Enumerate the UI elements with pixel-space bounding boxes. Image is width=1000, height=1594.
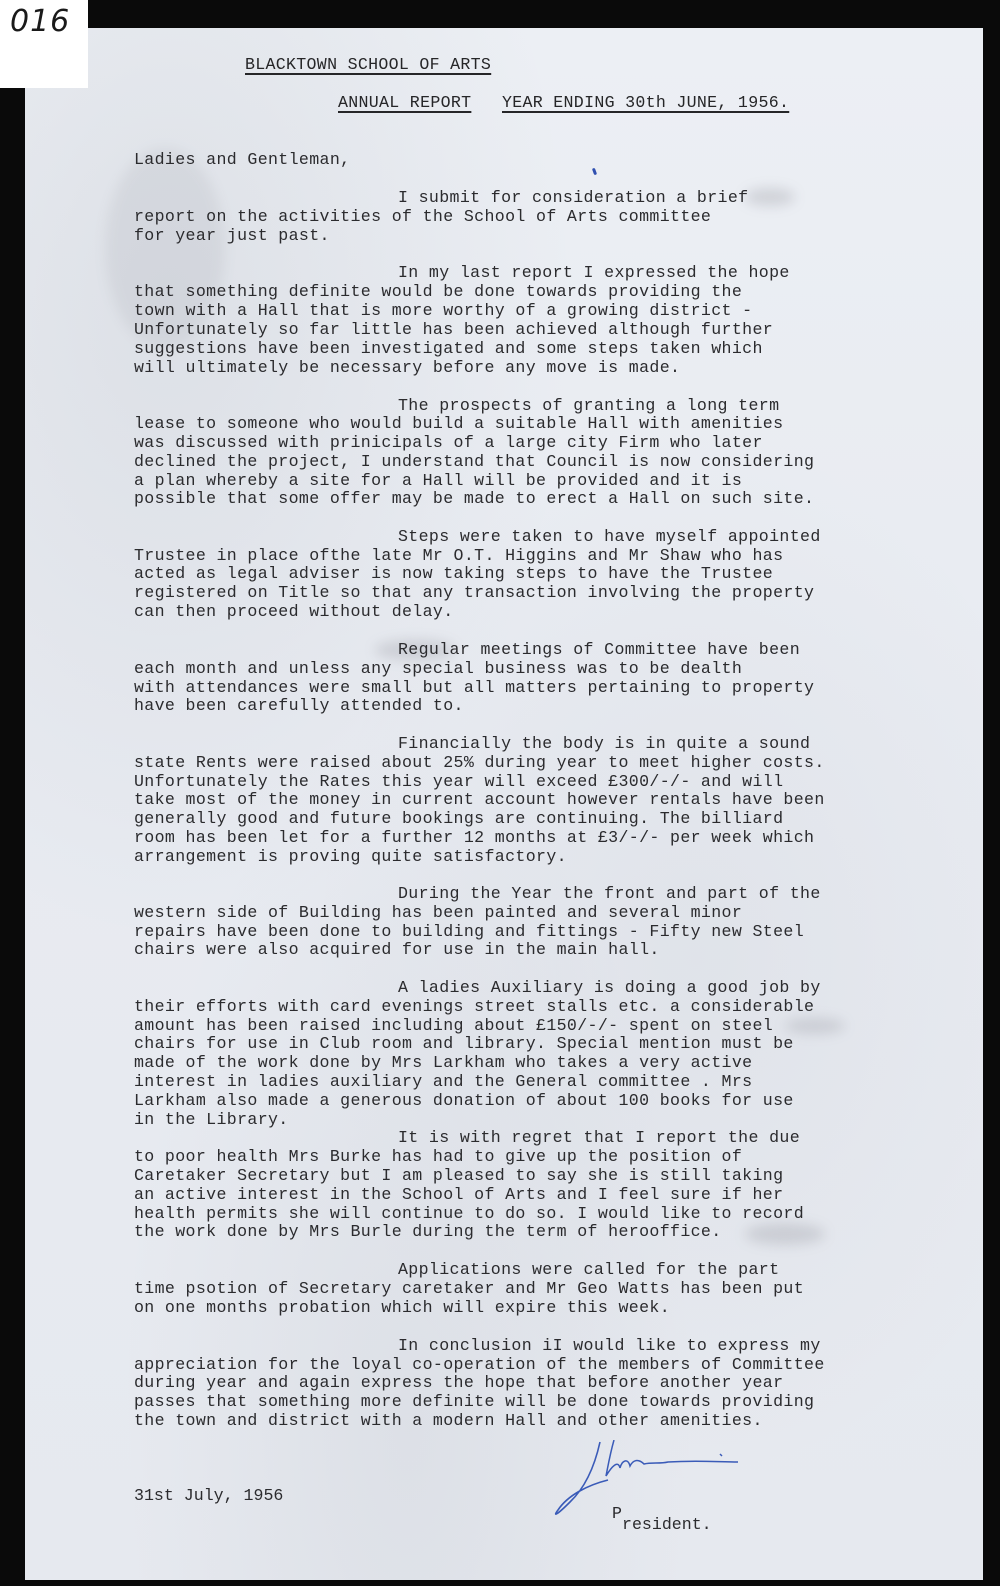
paragraph-line: In my last report I expressed the hope xyxy=(398,263,790,282)
paragraph-line: possible that some offer may be made to … xyxy=(134,489,814,508)
paragraph-line: passes that something more definite will… xyxy=(134,1392,814,1411)
paragraph-line: Larkham also made a generous donation of… xyxy=(134,1091,794,1110)
paragraph-line: repairs have been done to building and f… xyxy=(134,922,804,941)
paragraph-line: that something definite would be done to… xyxy=(134,282,742,301)
paragraph-line: time psotion of Secretary caretaker and … xyxy=(134,1279,804,1298)
paragraph-line: for year just past. xyxy=(134,226,330,245)
paragraph-line: suggestions have been investigated and s… xyxy=(134,339,763,358)
paragraph-line: generally good and future bookings are c… xyxy=(134,809,783,828)
paragraph-line: the town and district with a modern Hall… xyxy=(134,1411,763,1430)
paragraph-line: their efforts with card evenings street … xyxy=(134,997,814,1016)
signature-title: resident. xyxy=(622,1515,712,1534)
paragraph-line: registered on Title so that any transact… xyxy=(134,583,814,602)
paragraph-line: amount has been raised including about £… xyxy=(134,1016,773,1035)
paragraph-line: Steps were taken to have myself appointe… xyxy=(398,527,821,546)
signature-icon xyxy=(548,1440,748,1520)
report-title-part2: YEAR ENDING 30th JUNE, 1956. xyxy=(502,93,789,112)
paragraph-line: room has been let for a further 12 month… xyxy=(134,828,814,847)
paragraph-line: to poor health Mrs Burke has had to give… xyxy=(134,1147,742,1166)
archive-number: 016 xyxy=(10,4,70,39)
paragraph-line: western side of Building has been painte… xyxy=(134,903,742,922)
paragraph-line: an active interest in the School of Arts… xyxy=(134,1185,783,1204)
paragraph-line: interest in ladies auxiliary and the Gen… xyxy=(134,1072,752,1091)
paragraph-line: Trustee in place ofthe late Mr O.T. Higg… xyxy=(134,546,783,565)
paragraph-line: Regular meetings of Committee have been xyxy=(398,640,800,659)
paragraph-line: Unfortunately the Rates this year will e… xyxy=(134,772,783,791)
document-date: 31st July, 1956 xyxy=(134,1486,283,1505)
paragraph-line: Financially the body is in quite a sound xyxy=(398,734,810,753)
paragraph-line: chairs for use in Club room and library.… xyxy=(134,1034,794,1053)
archive-tag: 016 xyxy=(0,0,88,88)
ink-smudge xyxy=(745,188,795,206)
paragraph-line: acted as legal adviser is now taking ste… xyxy=(134,564,773,583)
paragraph-line: state Rents were raised about 25% during… xyxy=(134,753,825,772)
organization-title: BLACKTOWN SCHOOL OF ARTS xyxy=(245,55,491,74)
ink-smudge xyxy=(785,1018,845,1034)
paragraph-line: chairs were also acquired for use in the… xyxy=(134,940,660,959)
paragraph-line: with attendances were small but all matt… xyxy=(134,678,814,697)
paragraph-line: During the Year the front and part of th… xyxy=(398,884,821,903)
paragraph-line: Applications were called for the part xyxy=(398,1260,779,1279)
paragraph-line: health permits she will continue to do s… xyxy=(134,1204,804,1223)
paragraph-line: In conclusion iI would like to express m… xyxy=(398,1336,821,1355)
paragraph-line: will ultimately be necessary before any … xyxy=(134,358,680,377)
paragraph-line: Unfortunately so far little has been ach… xyxy=(134,320,773,339)
paragraph-line: on one months probation which will expir… xyxy=(134,1298,670,1317)
paragraph-line: appreciation for the loyal co-operation … xyxy=(134,1355,825,1374)
paragraph-line: each month and unless any special busine… xyxy=(134,659,742,678)
paragraph-line: have been carefully attended to. xyxy=(134,696,464,715)
paragraph-line: report on the activities of the School o… xyxy=(134,207,711,226)
signature-title-initial: P xyxy=(612,1504,622,1523)
paragraph-line: made of the work done by Mrs Larkham who… xyxy=(134,1053,752,1072)
report-title-part1: ANNUAL REPORT xyxy=(338,93,471,112)
paragraph-line: arrangement is proving quite satisfactor… xyxy=(134,847,567,866)
paragraph-line: The prospects of granting a long term xyxy=(398,396,779,415)
paragraph-line: declined the project, I understand that … xyxy=(134,452,814,471)
scan-bottom-edge xyxy=(0,1586,1000,1594)
paragraph-line: lease to someone who would build a suita… xyxy=(134,414,783,433)
paragraph-line: It is with regret that I report the due xyxy=(398,1128,800,1147)
paragraph-line: town with a Hall that is more worthy of … xyxy=(134,301,752,320)
paragraph-line: during year and again express the hope t… xyxy=(134,1373,783,1392)
paragraph-line: the work done by Mrs Burle during the te… xyxy=(134,1222,722,1241)
paragraph-line: Caretaker Secretary but I am pleased to … xyxy=(134,1166,783,1185)
paragraph-line: I submit for consideration a brief xyxy=(398,188,748,207)
paragraph-line: a plan whereby a site for a Hall will be… xyxy=(134,471,742,490)
salutation: Ladies and Gentleman, xyxy=(134,150,350,169)
paragraph-line: take most of the money in current accoun… xyxy=(134,790,825,809)
paragraph-line: in the Library. xyxy=(134,1110,289,1129)
paragraph-line: can then proceed without delay. xyxy=(134,602,454,621)
ink-smudge xyxy=(745,1223,825,1245)
paragraph-line: A ladies Auxiliary is doing a good job b… xyxy=(398,978,821,997)
paragraph-line: was discussed with prinicipals of a larg… xyxy=(134,433,763,452)
